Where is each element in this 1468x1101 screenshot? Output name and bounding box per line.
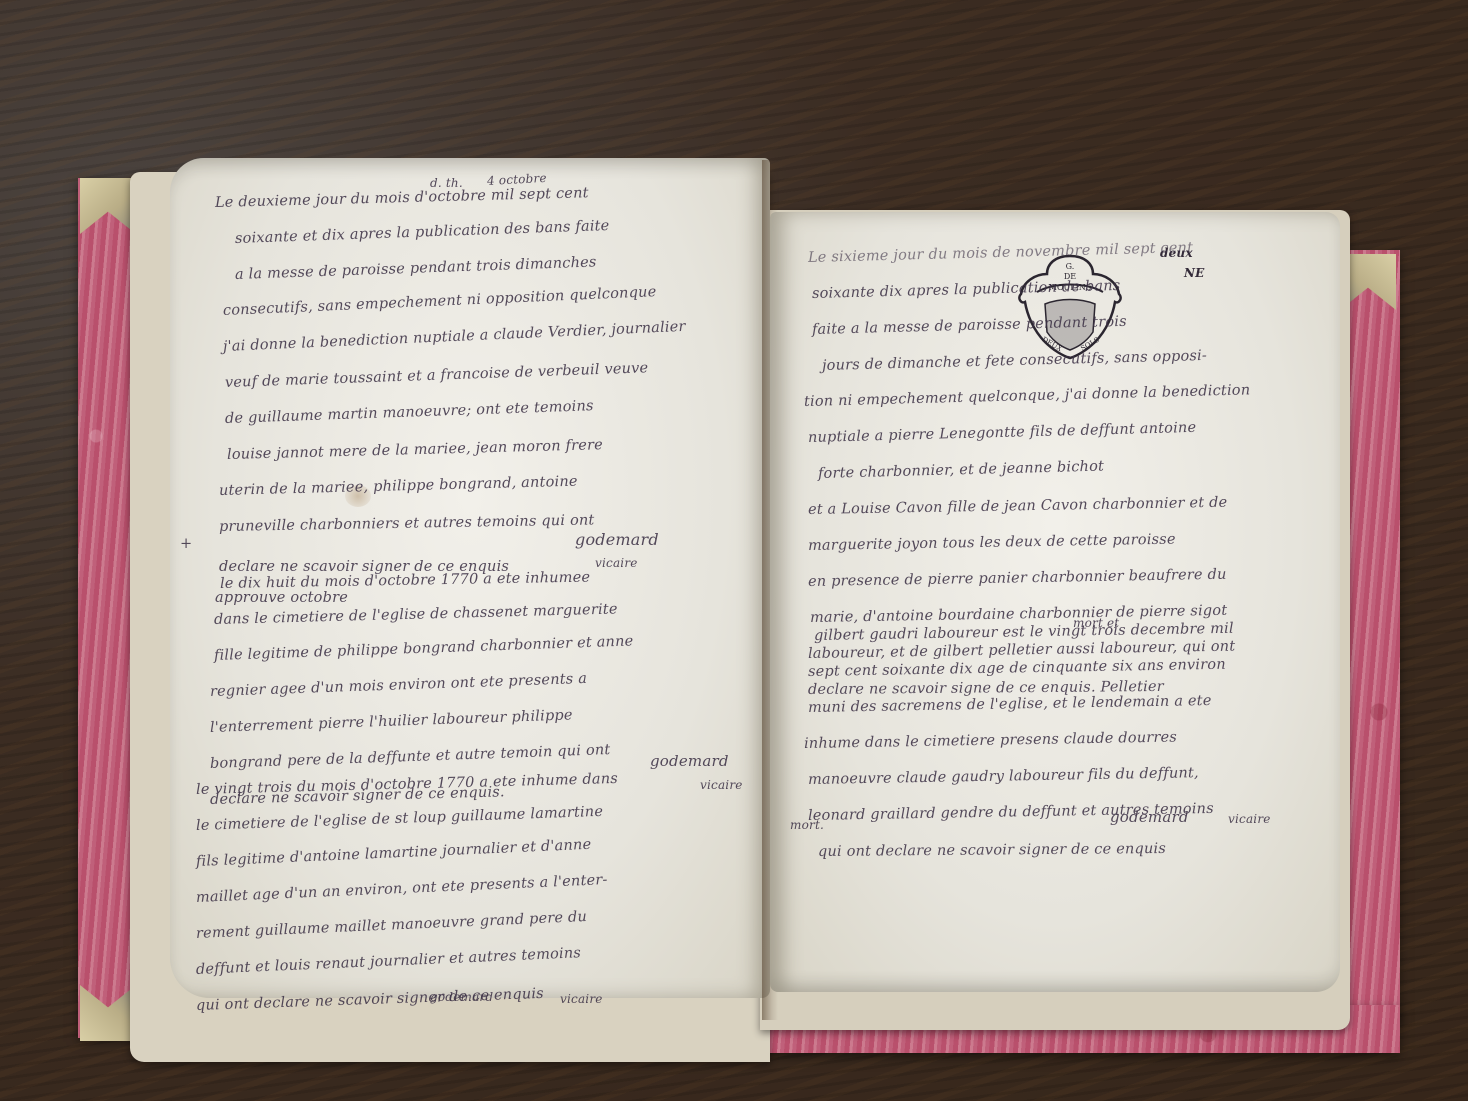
margin-note-mort: mort. bbox=[790, 818, 824, 832]
signature-title-vicaire: vicaire bbox=[560, 992, 603, 1006]
signature-godemard: godemard bbox=[650, 752, 729, 770]
entry-burial-gaudri: gilbert gaudri laboureur est le vingt tr… bbox=[808, 618, 1228, 870]
margin-cross-mark: + bbox=[180, 536, 192, 552]
entry-line: qui ont declare ne scavoir signer de ce … bbox=[818, 830, 1238, 870]
entry-burial-lamartine: le vingt trois du mois d'octobre 1770 a … bbox=[196, 772, 618, 1024]
signature-title-vicaire: vicaire bbox=[1228, 812, 1271, 826]
signature-title-vicaire: vicaire bbox=[700, 778, 743, 792]
signature-godemard: godemard bbox=[430, 990, 493, 1004]
signature-godemard: godemard bbox=[1110, 808, 1189, 826]
signature-godemard: godemard bbox=[575, 530, 659, 549]
